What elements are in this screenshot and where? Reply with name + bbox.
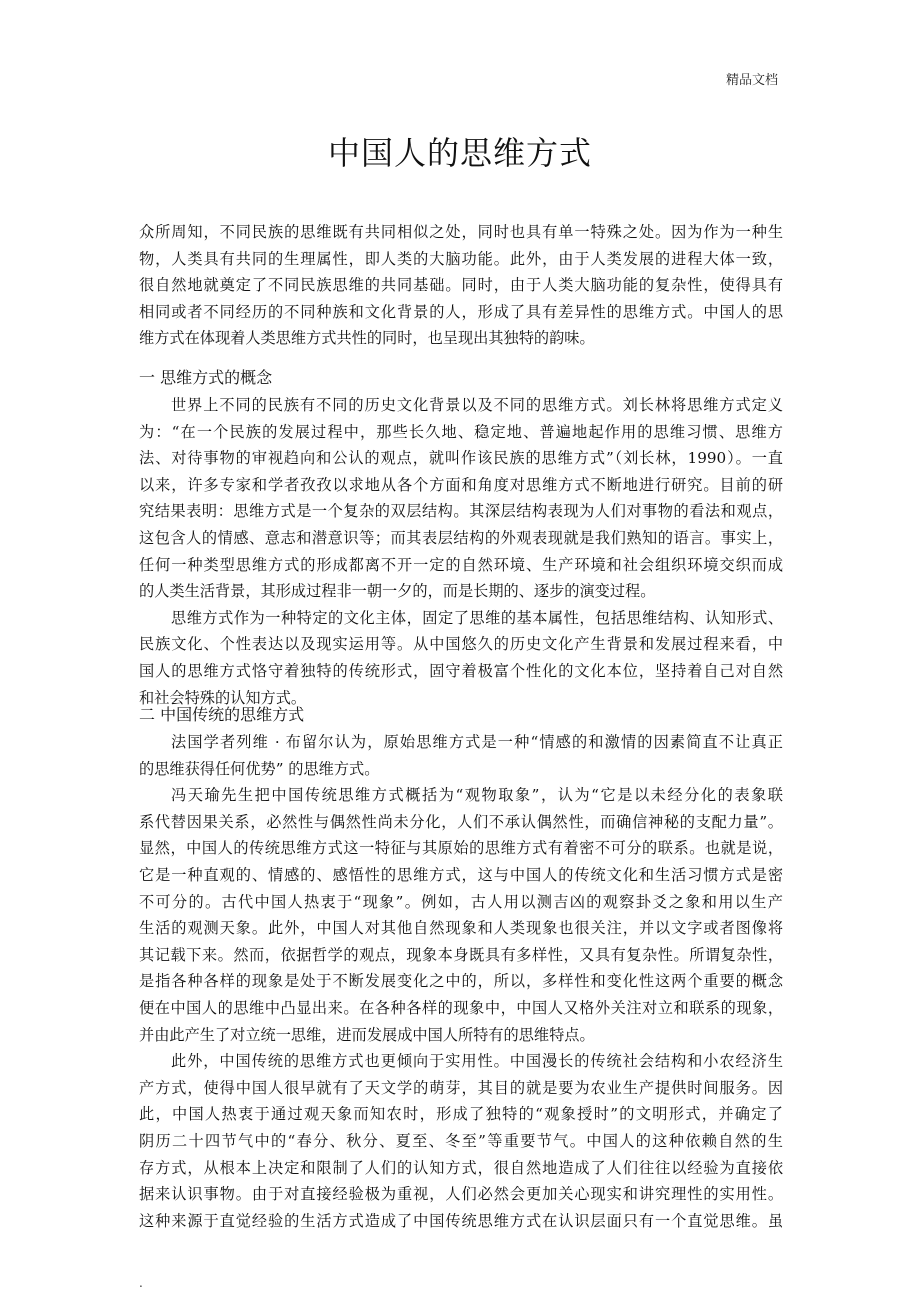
text-line: 生活的观测天象。此外，中国人对其他自然现象和人类现象也很关注，并以文字或者图像将 [139, 915, 783, 942]
paragraph: 冯天瑜先生把中国传统思维方式概括为“观物取象”，认为“它是以未经分化的表象联 系… [139, 782, 783, 1048]
text-line: 任何一种类型思维方式的形成都离不开一定的自然环境、生产环境和社会组织环境交织而成 [139, 552, 783, 579]
section-heading: 一 思维方式的概念 [139, 364, 783, 392]
paragraph: 此外，中国传统的思维方式也更倾向于实用性。中国漫长的传统社会结构和小农经济生 产… [139, 1048, 783, 1234]
text-line: 显然，中国人的传统思维方式这一特征与其原始的思维方式有着密不可分的联系。也就是说… [139, 835, 783, 862]
text-line: 存方式，从根本上决定和限制了人们的认知方式，很自然地造成了人们往往以经验为直接依 [139, 1155, 783, 1182]
paragraph: 思维方式作为一种特定的文化主体，固定了思维的基本属性，包括思维结构、认知形式、 … [139, 605, 783, 711]
text-line: 并由此产生了对立统一思维，进而发展成中国人所特有的思维特点。 [139, 1022, 783, 1049]
text-line: 阴历二十四节气中的“春分、秋分、夏至、冬至”等重要节气。中国人的这种依赖自然的生 [139, 1128, 783, 1155]
text-line: 究结果表明：思维方式是一个复杂的双层结构。其深层结构表现为人们对事物的看法和观点… [139, 498, 783, 525]
text-line: 相同或者不同经历的不同种族和文化背景的人，形成了具有差异性的思维方式。中国人的思 [139, 299, 783, 326]
section-traditional: 二 中国传统的思维方式 法国学者列维 · 布留尔认为，原始思维方式是一种“情感的… [139, 701, 783, 1234]
text-line: 此外，中国传统的思维方式也更倾向于实用性。中国漫长的传统社会结构和小农经济生 [139, 1048, 783, 1075]
footer-mark: . [139, 1276, 143, 1290]
text-line: 思维方式作为一种特定的文化主体，固定了思维的基本属性，包括思维结构、认知形式、 [139, 605, 783, 632]
section-heading: 二 中国传统的思维方式 [139, 701, 783, 729]
text-line: 物，人类具有共同的生理属性，即人类的大脑功能。此外，由于人类发展的进程大体一致， [139, 246, 783, 273]
text-line: 以来，许多专家和学者孜孜以求地从各个方面和角度对思维方式不断地进行研究。目前的研 [139, 472, 783, 499]
text-line: 法、对待事物的审视趋向和公认的观点，就叫作该民族的思维方式”（刘长林，1990）… [139, 445, 783, 472]
text-line: 它是一种直观的、情感的、感悟性的思维方式，这与中国人的传统文化和生活习惯方式是密 [139, 862, 783, 889]
text-line: 为：“在一个民族的发展过程中，那些长久地、稳定地、普遍地起作用的思维习惯、思维方 [139, 419, 783, 446]
text-line: 不可分的。古代中国人热衷于“现象”。例如，古人用以测吉凶的观察卦爻之象和用以生产 [139, 889, 783, 916]
text-line: 这种来源于直觉经验的生活方式造成了中国传统思维方式在认识层面只有一个直觉思维。虽 [139, 1208, 783, 1235]
text-line: 的人类生活背景，其形成过程非一朝一夕的，而是长期的、逐步的演变过程。 [139, 578, 783, 605]
text-line: 维方式在体现着人类思维方式共性的同时，也呈现出其独特的韵味。 [139, 325, 783, 352]
text-line: 据来认识事物。由于对直接经验极为重视，人们必然会更加关心现实和讲究理性的实用性。 [139, 1181, 783, 1208]
header-label: 精品文档 [726, 69, 778, 88]
document-title: 中国人的思维方式 [0, 128, 920, 174]
intro-paragraph: 众所周知，不同民族的思维既有共同相似之处，同时也具有单一特殊之处。因为作为一种生… [139, 219, 783, 352]
text-line: 的思维获得任何优势” 的思维方式。 [139, 756, 783, 783]
text-line: 是指各种各样的现象是处于不断发展变化之中的，所以，多样性和变化性这两个重要的概念 [139, 968, 783, 995]
text-line: 很自然地就奠定了不同民族思维的共同基础。同时，由于人类大脑功能的复杂性，使得具有 [139, 272, 783, 299]
paragraph: 世界上不同的民族有不同的历史文化背景以及不同的思维方式。刘长林将思维方式定义 为… [139, 392, 783, 605]
text-line: 民族文化、个性表达以及现实运用等。从中国悠久的历史文化产生背景和发展过程来看，中 [139, 631, 783, 658]
text-line: 产方式，使得中国人很早就有了天文学的萌芽，其目的就是要为农业生产提供时间服务。因 [139, 1075, 783, 1102]
paragraph: 法国学者列维 · 布留尔认为，原始思维方式是一种“情感的和激情的因素简直不让真正… [139, 729, 783, 782]
section-concept: 一 思维方式的概念 世界上不同的民族有不同的历史文化背景以及不同的思维方式。刘长… [139, 364, 783, 711]
text-line: 法国学者列维 · 布留尔认为，原始思维方式是一种“情感的和激情的因素简直不让真正 [139, 729, 783, 756]
text-line: 其记载下来。然而，依据哲学的观点，现象本身既具有多样性，又具有复杂性。所谓复杂性… [139, 942, 783, 969]
text-line: 世界上不同的民族有不同的历史文化背景以及不同的思维方式。刘长林将思维方式定义 [139, 392, 783, 419]
text-line: 系代替因果关系，必然性与偶然性尚未分化，人们不承认偶然性，而确信神秘的支配力量”… [139, 809, 783, 836]
text-line: 此，中国人热衷于通过观天象而知农时，形成了独特的“观象授时”的文明形式，并确定了 [139, 1101, 783, 1128]
text-line: 国人的思维方式恪守着独特的传统形式，固守着极富个性化的文化本位，坚持着自己对自然 [139, 658, 783, 685]
text-line: 便在中国人的思维中凸显出来。在各种各样的现象中，中国人又格外关注对立和联系的现象… [139, 995, 783, 1022]
text-line: 冯天瑜先生把中国传统思维方式概括为“观物取象”，认为“它是以未经分化的表象联 [139, 782, 783, 809]
text-line: 这包含人的情感、意志和潜意识等；而其表层结构的外观表现就是我们熟知的语言。事实上… [139, 525, 783, 552]
text-line: 众所周知，不同民族的思维既有共同相似之处，同时也具有单一特殊之处。因为作为一种生 [139, 219, 783, 246]
